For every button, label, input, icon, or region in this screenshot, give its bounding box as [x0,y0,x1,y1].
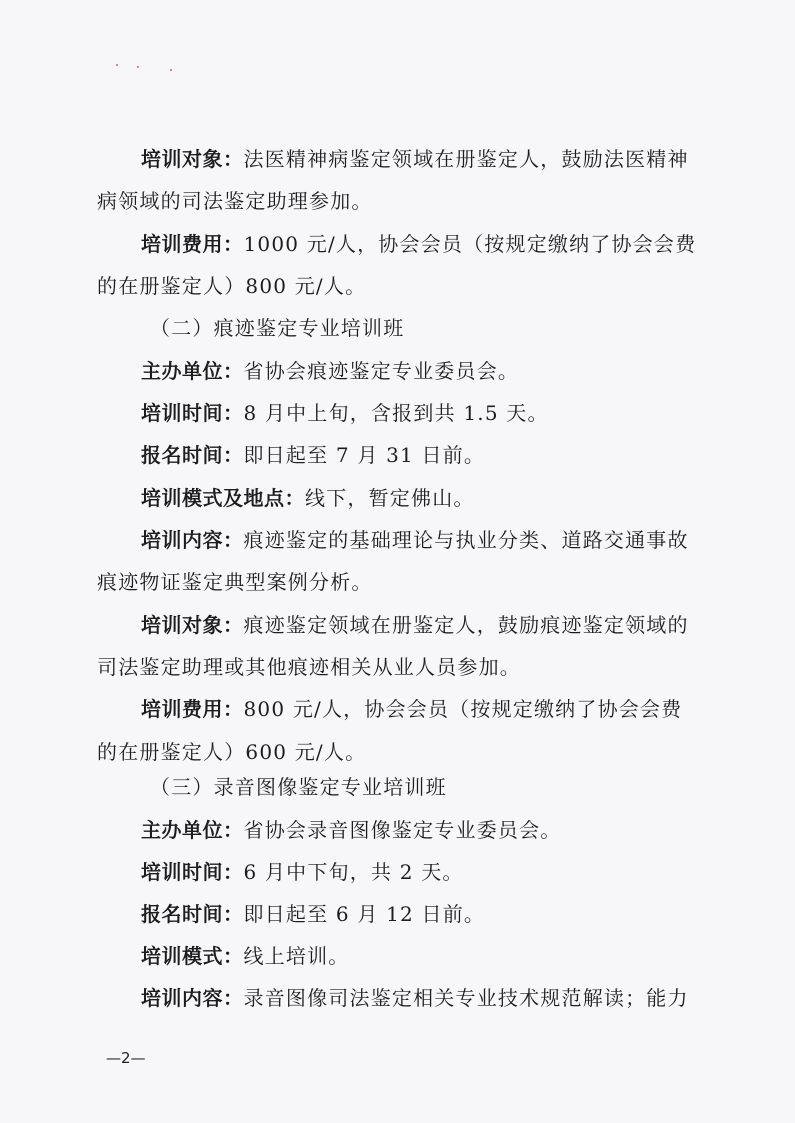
field-value: 省协会录音图像鉴定专业委员会。 [244,818,562,842]
field-label: 培训时间： [141,401,244,425]
field-value: 800 元/人，协会会员（按规定缴纳了协会会费 [244,697,683,721]
paragraph-line: 培训时间：6 月中下旬，共 2 天。 [141,860,751,884]
field-label: 培训费用： [141,232,244,256]
field-value: 线下，暂定佛山。 [305,486,475,510]
field-label: 报名时间： [141,902,244,926]
paragraph-line: 培训时间：8 月中上旬，含报到共 1.5 天。 [141,401,751,425]
field-value: 1000 元/人，协会会员（按规定缴纳了协会会费 [244,232,697,256]
field-value: 6 月中下旬，共 2 天。 [244,860,464,884]
field-label: 培训模式及地点： [141,486,305,510]
paragraph-line: 的在册鉴定人）800 元/人。 [97,274,707,298]
paragraph-line: 培训对象：痕迹鉴定领域在册鉴定人，鼓励痕迹鉴定领域的 [141,613,751,637]
paragraph-line: 培训模式及地点：线下，暂定佛山。 [141,486,751,510]
field-value: 线上培训。 [244,944,350,968]
section-heading: （二）痕迹鉴定专业培训班 [150,316,760,340]
paragraph-line: 司法鉴定助理或其他痕迹相关从业人员参加。 [97,655,707,679]
field-value: 痕迹鉴定领域在册鉴定人，鼓励痕迹鉴定领域的 [244,613,689,637]
field-value: 的在册鉴定人）600 元/人。 [97,740,366,764]
paragraph-line: 痕迹物证鉴定典型案例分析。 [97,570,707,594]
paragraph-line: 培训费用：1000 元/人，协会会员（按规定缴纳了协会会费 [141,232,751,256]
paragraph-line: 的在册鉴定人）600 元/人。 [97,740,707,764]
field-value: 痕迹鉴定的基础理论与执业分类、道路交通事故 [244,528,689,552]
paragraph-line: 报名时间：即日起至 7 月 31 日前。 [141,443,751,467]
paragraph-line: 病领域的司法鉴定助理参加。 [97,189,707,213]
field-label: 主办单位： [141,818,244,842]
field-label: 报名时间： [141,443,244,467]
field-value: 省协会痕迹鉴定专业委员会。 [244,359,520,383]
scan-speck [137,66,139,68]
paragraph-line: 报名时间：即日起至 6 月 12 日前。 [141,902,751,926]
field-value: 即日起至 6 月 12 日前。 [244,902,486,926]
paragraph-line: 主办单位：省协会录音图像鉴定专业委员会。 [141,818,751,842]
field-value: 痕迹物证鉴定典型案例分析。 [97,570,373,594]
scan-speck [116,64,118,66]
field-label: 培训对象： [141,613,244,637]
field-value: 即日起至 7 月 31 日前。 [244,443,486,467]
field-value: 的在册鉴定人）800 元/人。 [97,274,366,298]
paragraph-line: 培训费用：800 元/人，协会会员（按规定缴纳了协会会费 [141,697,751,721]
field-value: 8 月中上旬，含报到共 1.5 天。 [244,401,549,425]
scan-speck [170,69,172,71]
paragraph-line: 培训对象：法医精神病鉴定领域在册鉴定人，鼓励法医精神 [141,147,751,171]
field-label: 培训费用： [141,697,244,721]
field-value: 法医精神病鉴定领域在册鉴定人，鼓励法医精神 [244,147,689,171]
field-value: 司法鉴定助理或其他痕迹相关从业人员参加。 [97,655,521,679]
paragraph-line: 培训内容：痕迹鉴定的基础理论与执业分类、道路交通事故 [141,528,751,552]
field-label: 培训内容： [141,986,244,1010]
section-heading: （三）录音图像鉴定专业培训班 [150,775,760,799]
field-value: 病领域的司法鉴定助理参加。 [97,189,373,213]
field-label: 培训模式： [141,944,244,968]
field-value: 录音图像司法鉴定相关专业技术规范解读；能力 [244,986,689,1010]
document-page: 培训对象：法医精神病鉴定领域在册鉴定人，鼓励法医精神 病领域的司法鉴定助理参加。… [0,0,795,1123]
field-label: 培训对象： [141,147,244,171]
field-label: 培训时间： [141,860,244,884]
page-number: —2— [106,1049,146,1067]
field-label: 主办单位： [141,359,244,383]
paragraph-line: 培训模式：线上培训。 [141,944,751,968]
paragraph-line: 培训内容：录音图像司法鉴定相关专业技术规范解读；能力 [141,986,751,1010]
field-label: 培训内容： [141,528,244,552]
paragraph-line: 主办单位：省协会痕迹鉴定专业委员会。 [141,359,751,383]
